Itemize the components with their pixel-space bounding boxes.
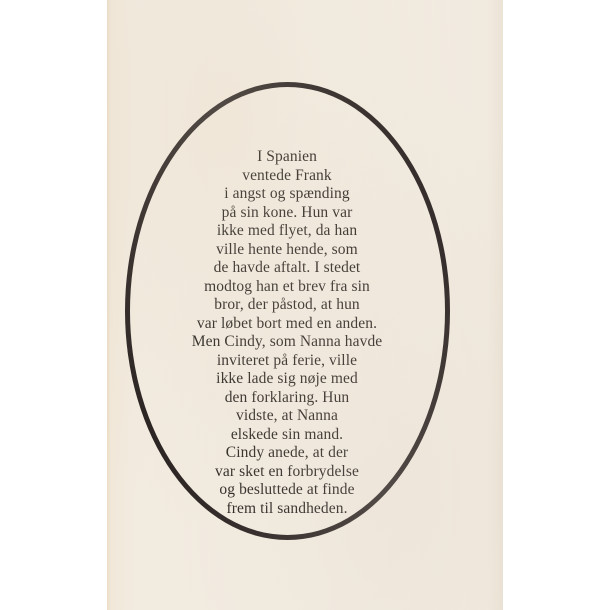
- blurb-line: elskede sin mand.: [107, 426, 467, 445]
- blurb-line: ville hente hende, som: [107, 241, 467, 260]
- blurb-line: Men Cindy, som Nanna havde: [107, 333, 467, 352]
- blurb-line: og besluttede at finde: [107, 481, 467, 500]
- blurb-line: vidste, at Nanna: [107, 407, 467, 426]
- page: I Spanien ventede Frank i angst og spænd…: [0, 0, 610, 610]
- blurb-line: i angst og spænding: [107, 185, 467, 204]
- blurb-line: var sket en forbrydelse: [107, 463, 467, 482]
- blurb-line: modtog han et brev fra sin: [107, 278, 467, 297]
- blurb-line: ventede Frank: [107, 167, 467, 186]
- blurb-line: ikke lade sig nøje med: [107, 370, 467, 389]
- blurb-text: I Spanien ventede Frank i angst og spænd…: [107, 148, 467, 518]
- blurb-line: frem til sandheden.: [107, 500, 467, 519]
- blurb-line: ikke med flyet, da han: [107, 222, 467, 241]
- blurb-line: var løbet bort med en anden.: [107, 315, 467, 334]
- blurb-line: på sin kone. Hun var: [107, 204, 467, 223]
- blurb-line: Cindy anede, at der: [107, 444, 467, 463]
- blurb-line: bror, der påstod, at hun: [107, 296, 467, 315]
- blurb-line: inviteret på ferie, ville: [107, 352, 467, 371]
- blurb-line: den forklaring. Hun: [107, 389, 467, 408]
- blurb-line: I Spanien: [107, 148, 467, 167]
- blurb-line: de havde aftalt. I stedet: [107, 259, 467, 278]
- book-back-cover: I Spanien ventede Frank i angst og spænd…: [107, 0, 503, 610]
